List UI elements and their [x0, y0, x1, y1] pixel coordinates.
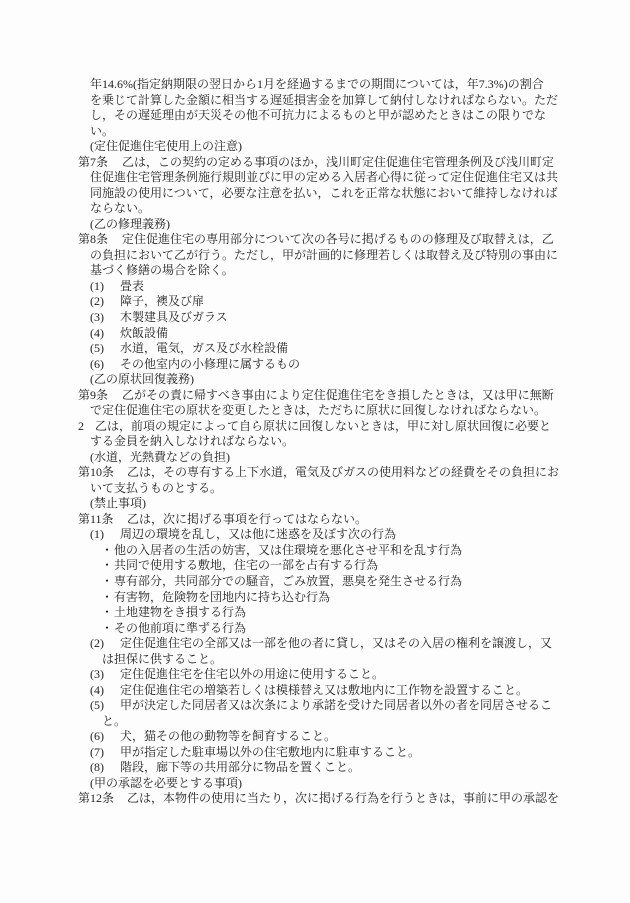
article-first-line: 第7条乙は，この契約の定める事項のほか，浅川町定住促進住宅管理条例及び浅川町定 — [0, 155, 630, 171]
list-item: (5)甲が決定した同居者又は次条により承諾を受けた同居者以外の者を同居させるこ — [0, 698, 630, 714]
bullet-icon: ・ — [100, 543, 114, 559]
list-item: (5)水道，電気，ガス及び水栓設備 — [0, 341, 630, 357]
item-text: 木製建具及びガラス — [120, 310, 228, 324]
document-page: 年14.6%(指定納期限の翌日から1月を経過するまでの期間については，年7.3%… — [0, 0, 630, 903]
list-item: (6)その他室内の小修理に属するもの — [0, 357, 630, 373]
bullet-text: 専有部分，共同部分での騒音，ごみ放置，悪臭を発生させる行為 — [114, 574, 462, 588]
bullet-item: ・その他前項に準ずる行為 — [0, 621, 630, 637]
text-line: を乗じて計算した金額に相当する遅延損害金を加算して納付しなければならない。ただ — [0, 93, 630, 109]
text-line: 乙は，この契約の定める事項のほか，浅川町定住促進住宅管理条例及び浅川町定 — [122, 155, 554, 169]
bullet-item: ・共同で使用する敷地，住宅の一部を占有する行為 — [0, 558, 630, 574]
list-item: (4)炊飯設備 — [0, 326, 630, 342]
item-text: その他室内の小修理に属するもの — [120, 357, 300, 371]
bullet-text: 土地建物をき損する行為 — [114, 605, 246, 619]
item-number: (2) — [90, 294, 120, 310]
bullet-icon: ・ — [100, 574, 114, 590]
list-item: (2)障子，襖及び扉 — [0, 294, 630, 310]
item-number: (4) — [90, 683, 120, 699]
item-number: (1) — [90, 527, 120, 543]
bullet-text: 共同で使用する敷地，住宅の一部を占有する行為 — [114, 558, 378, 572]
item-text: 甲が決定した同居者又は次条により承諾を受けた同居者以外の者を同居させるこ — [120, 698, 552, 712]
item-text: 障子，襖及び扉 — [120, 294, 204, 308]
text-line: 乙は，前項の規定によって自ら原状に回復しないときは，甲に対し原状回復に必要と — [95, 419, 551, 433]
item-text: 畳表 — [120, 279, 144, 293]
list-item: (1)周辺の環境を乱し，又は他に迷惑を及ぼす次の行為 — [0, 527, 630, 543]
bullet-text: 有害物，危険物を団地内に持ち込む行為 — [114, 590, 330, 604]
article-8: (乙の修理義務) 第8条定住促進住宅の専用部分について次の各号に掲げるものの修理… — [0, 217, 630, 372]
article-number: 第12条 — [78, 791, 127, 807]
item-number: (8) — [90, 760, 120, 776]
item-text: 水道，電気，ガス及び水栓設備 — [120, 341, 288, 355]
list-item: (7)甲が指定した駐車場以外の住宅敷地内に駐車すること。 — [0, 745, 630, 761]
text-line: 乙がその責に帰すべき事由により定住促進住宅をき損したときは，又は甲に無断 — [122, 388, 554, 402]
item-number: (6) — [90, 729, 120, 745]
item-text: 定住促進住宅を住宅以外の用途に使用すること。 — [120, 667, 384, 681]
article-number: 第8条 — [78, 232, 122, 248]
text-line: いて支払うものとする。 — [0, 481, 630, 497]
article-number: 第11条 — [78, 512, 127, 528]
article-first-line: 第12条乙は，本物件の使用に当たり，次に掲げる行為を行うときは，事前に甲の承認を — [0, 791, 630, 807]
bullet-icon: ・ — [100, 558, 114, 574]
article-caption: (乙の修理義務) — [0, 217, 630, 233]
bullet-icon: ・ — [100, 621, 114, 637]
item-number: (5) — [90, 698, 120, 714]
text-line: の負担において乙が行う。ただし，甲が計画的に修理若しくは取替え及び特別の事由に — [0, 248, 630, 264]
item-number: (7) — [90, 745, 120, 761]
item-number: (4) — [90, 326, 120, 342]
item-text: 周辺の環境を乱し，又は他に迷惑を及ぼす次の行為 — [120, 527, 396, 541]
article-7: (定住促進住宅使用上の注意) 第7条乙は，この契約の定める事項のほか，浅川町定住… — [0, 139, 630, 217]
text-line: 乙は，その専有する上下水道，電気及びガスの使用料などの経費をその負担にお — [127, 465, 559, 479]
text-line: 住促進住宅管理条例施行規則並びに甲の定める入居者心得に従って定住促進住宅又は共 — [0, 170, 630, 186]
paragraph-first-line: 2乙は，前項の規定によって自ら原状に回復しないときは，甲に対し原状回復に必要と — [0, 419, 630, 435]
list-item: (3)定住促進住宅を住宅以外の用途に使用すること。 — [0, 667, 630, 683]
item-number: (5) — [90, 341, 120, 357]
bullet-icon: ・ — [100, 605, 114, 621]
text-line: い。 — [0, 124, 630, 140]
article-caption: (禁止事項) — [0, 496, 630, 512]
text-line: し，その遅延理由が天災その他不可抗力によるものと甲が認めたときはこの限りでな — [0, 108, 630, 124]
text-line: する金員を納入しなければならない。 — [0, 434, 630, 450]
article-caption: (水道，光熱費などの負担) — [0, 450, 630, 466]
article-first-line: 第11条乙は，次に掲げる事項を行ってはならない。 — [0, 512, 630, 528]
bullet-text: 他の入居者の生活の妨害，又は住環境を悪化させ平和を乱す行為 — [114, 543, 462, 557]
list-item: (3)木製建具及びガラス — [0, 310, 630, 326]
text-line: 定住促進住宅の専用部分について次の各号に掲げるものの修理及び取替えは，乙 — [122, 232, 554, 246]
list-item: (6)犬，猫その他の動物等を飼育すること。 — [0, 729, 630, 745]
item-text: 定住促進住宅の増築若しくは模様替え又は敷地内に工作物を設置すること。 — [120, 683, 528, 697]
article-first-line: 第9条乙がその責に帰すべき事由により定住促進住宅をき損したときは，又は甲に無断 — [0, 388, 630, 404]
item-text: 炊飯設備 — [120, 326, 168, 340]
item-text: 甲が指定した駐車場以外の住宅敷地内に駐車すること。 — [120, 745, 420, 759]
list-item: (4)定住促進住宅の増築若しくは模様替え又は敷地内に工作物を設置すること。 — [0, 683, 630, 699]
text-line: 同施設の使用について，必要な注意を払い，これを正常な状態において維持しなければ — [0, 186, 630, 202]
article-caption: (定住促進住宅使用上の注意) — [0, 139, 630, 155]
article-number: 第10条 — [78, 465, 127, 481]
item-number: (1) — [90, 279, 120, 295]
item-text: 犬，猫その他の動物等を飼育すること。 — [120, 729, 336, 743]
item-number: (3) — [90, 310, 120, 326]
article-first-line: 第10条乙は，その専有する上下水道，電気及びガスの使用料などの経費をその負担にお — [0, 465, 630, 481]
item-text-continued: は担保に供すること。 — [0, 652, 630, 668]
article-10: (水道，光熱費などの負担) 第10条乙は，その専有する上下水道，電気及びガスの使… — [0, 450, 630, 497]
paragraph-number: 2 — [78, 419, 95, 435]
list-item: (2)定住促進住宅の全部又は一部を他の者に貸し，又はその入居の権利を譲渡し，又 — [0, 636, 630, 652]
bullet-item: ・専有部分，共同部分での騒音，ごみ放置，悪臭を発生させる行為 — [0, 574, 630, 590]
bullet-item: ・土地建物をき損する行為 — [0, 605, 630, 621]
list-item: (8)階段，廊下等の共用部分に物品を置くこと。 — [0, 760, 630, 776]
text-line: で定住促進住宅の原状を変更したときは，ただちに原状に回復しなければならない。 — [0, 403, 630, 419]
text-line: 乙は，次に掲げる事項を行ってはならない。 — [127, 512, 367, 526]
article-number: 第7条 — [78, 155, 122, 171]
article-caption: (乙の原状回復義務) — [0, 372, 630, 388]
article-9: (乙の原状回復義務) 第9条乙がその責に帰すべき事由により定住促進住宅をき損した… — [0, 372, 630, 450]
bullet-icon: ・ — [100, 590, 114, 606]
list-item: (1)畳表 — [0, 279, 630, 295]
item-text: 定住促進住宅の全部又は一部を他の者に貸し，又はその入居の権利を譲渡し，又 — [120, 636, 552, 650]
item-number: (6) — [90, 357, 120, 373]
text-line: 年14.6%(指定納期限の翌日から1月を経過するまでの期間については，年7.3%… — [0, 77, 630, 93]
article-number: 第9条 — [78, 388, 122, 404]
bullet-item: ・有害物，危険物を団地内に持ち込む行為 — [0, 590, 630, 606]
continuation-paragraph: 年14.6%(指定納期限の翌日から1月を経過するまでの期間については，年7.3%… — [0, 77, 630, 139]
article-12: (甲の承認を必要とする事項) 第12条乙は，本物件の使用に当たり，次に掲げる行為… — [0, 776, 630, 807]
article-first-line: 第8条定住促進住宅の専用部分について次の各号に掲げるものの修理及び取替えは，乙 — [0, 232, 630, 248]
item-number: (2) — [90, 636, 120, 652]
bullet-item: ・他の入居者の生活の妨害，又は住環境を悪化させ平和を乱す行為 — [0, 543, 630, 559]
bullet-text: その他前項に準ずる行為 — [114, 621, 246, 635]
text-line: 基づく修繕の場合を除く。 — [0, 263, 630, 279]
item-number: (3) — [90, 667, 120, 683]
text-line: 乙は，本物件の使用に当たり，次に掲げる行為を行うときは，事前に甲の承認を — [127, 791, 559, 805]
text-line: ならない。 — [0, 201, 630, 217]
item-text: 階段，廊下等の共用部分に物品を置くこと。 — [120, 760, 360, 774]
article-caption: (甲の承認を必要とする事項) — [0, 776, 630, 792]
article-11: (禁止事項) 第11条乙は，次に掲げる事項を行ってはならない。 (1)周辺の環境… — [0, 496, 630, 776]
item-text-continued: と。 — [0, 714, 630, 730]
